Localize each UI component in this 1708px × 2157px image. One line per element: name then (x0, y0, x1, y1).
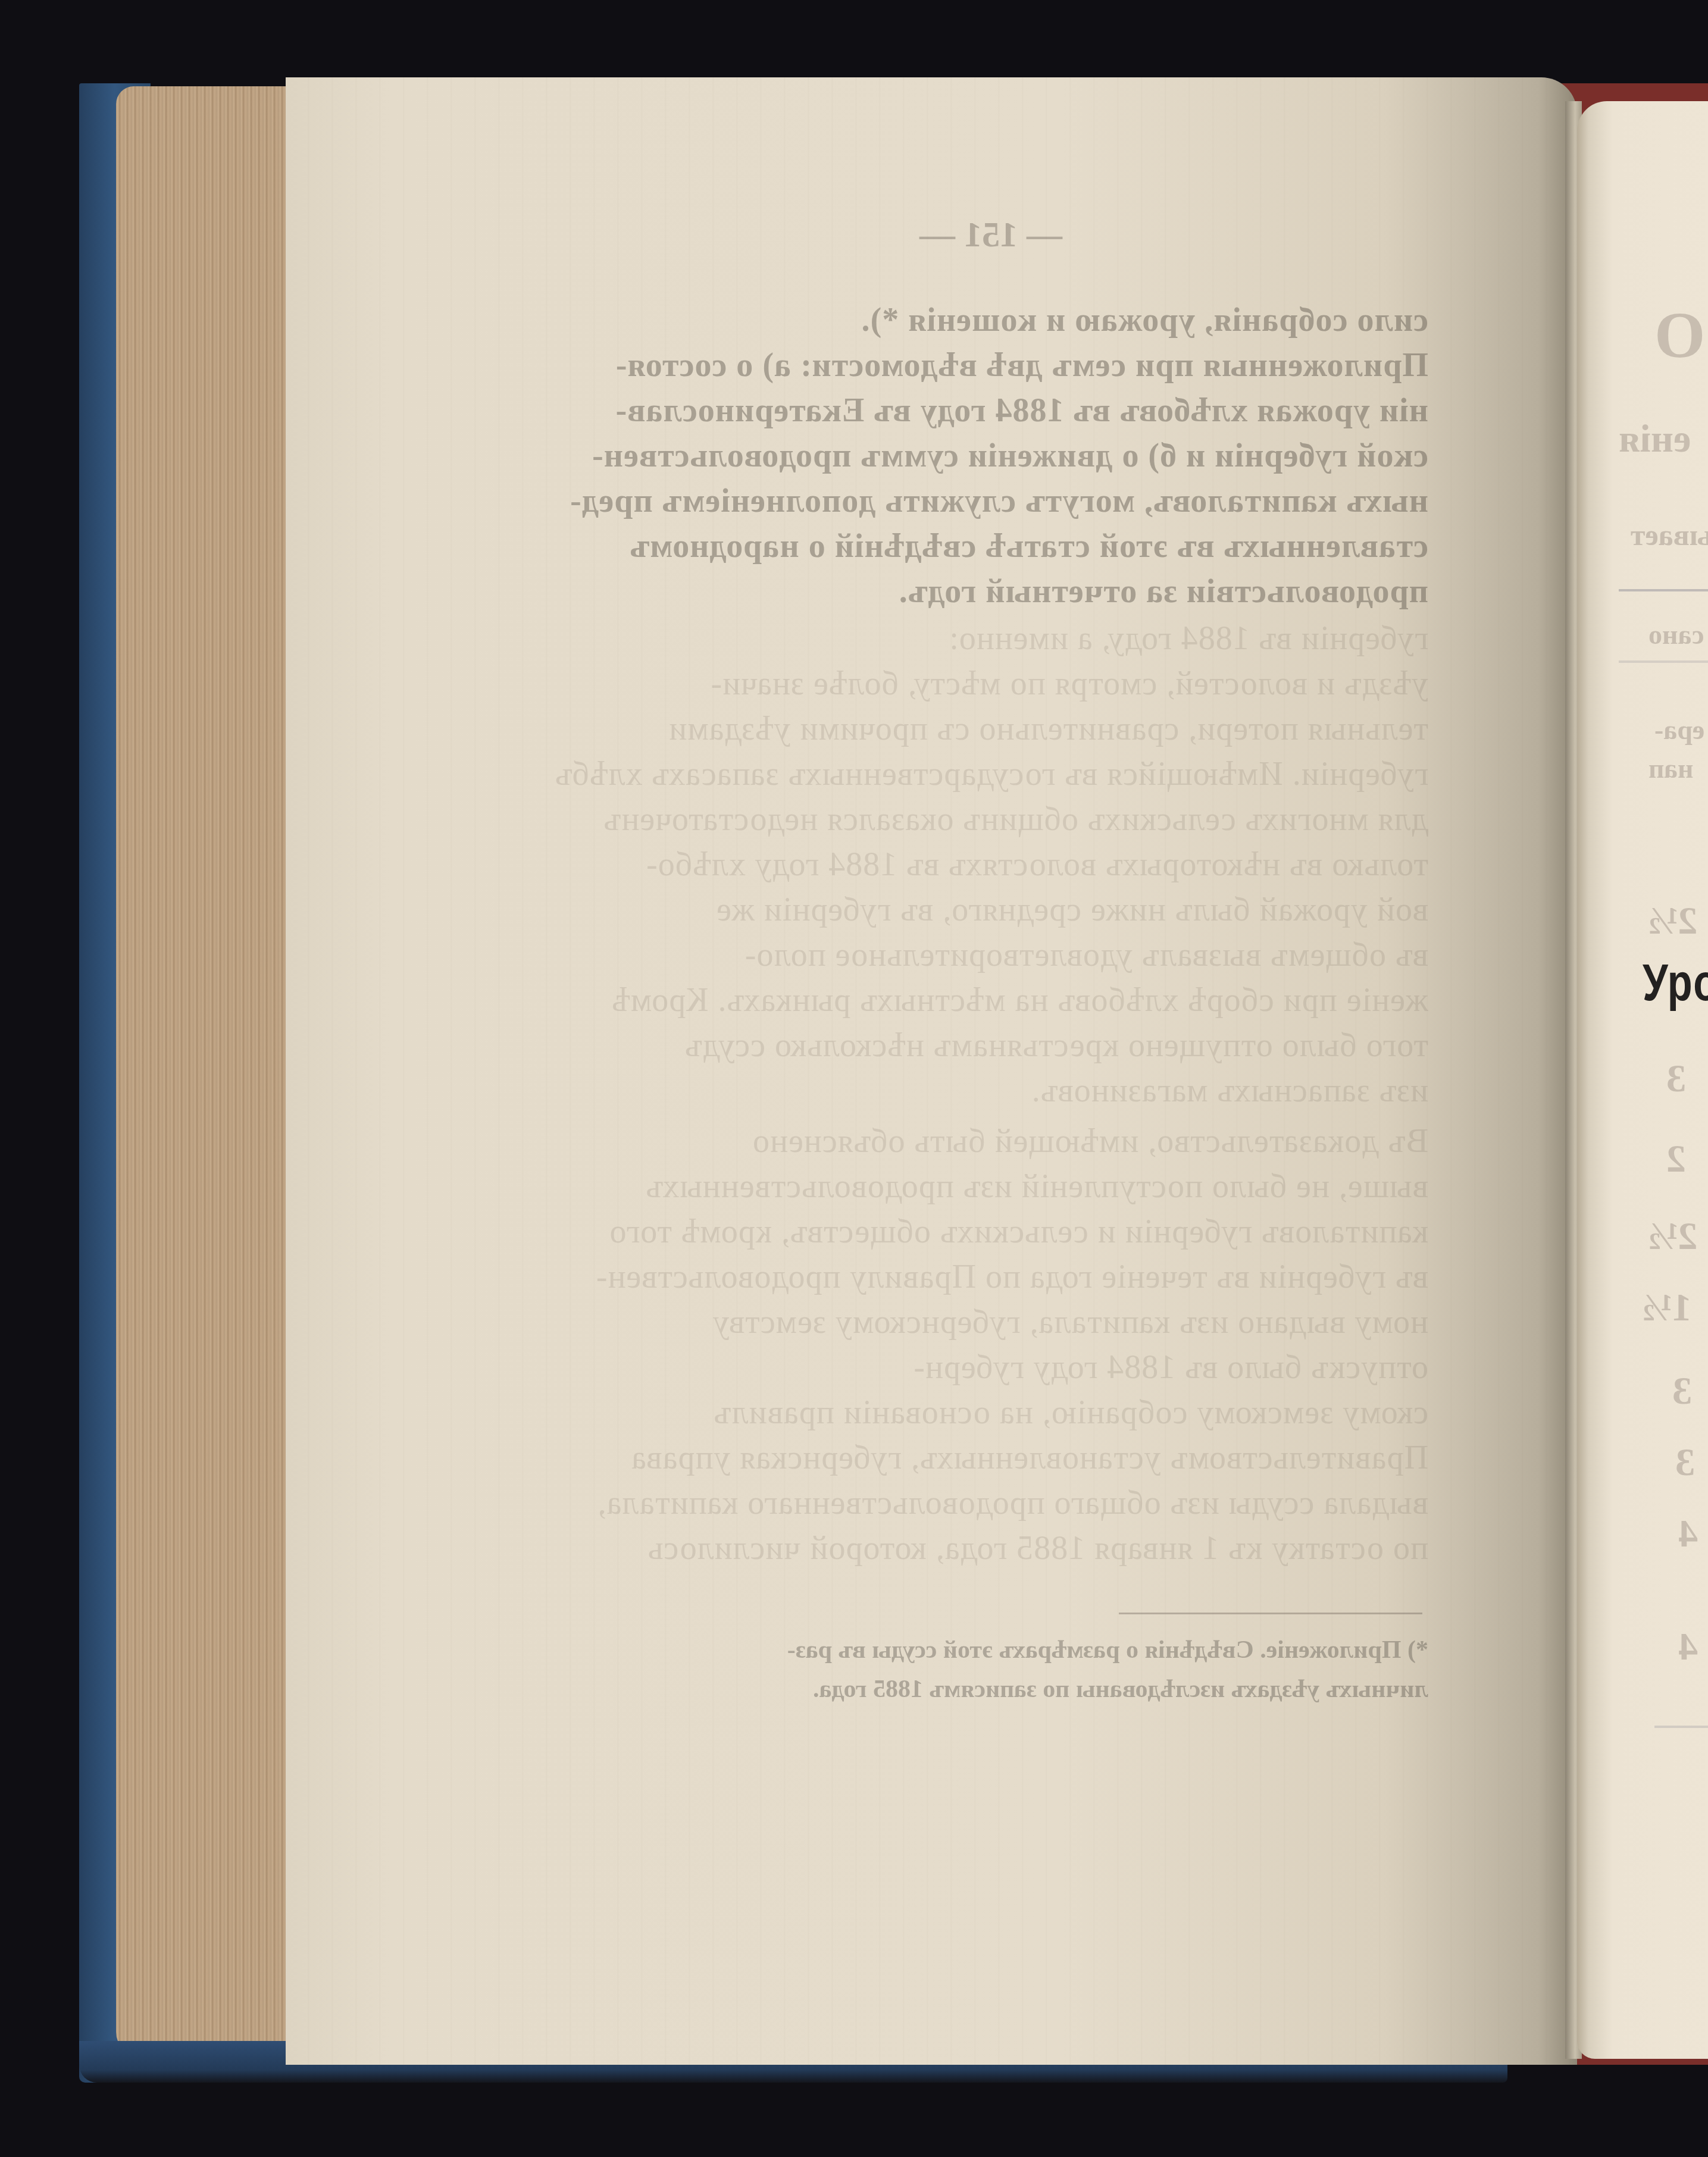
text-line: Приложенныя при семъ двѣ вѣдомости: а) о… (518, 343, 1428, 388)
text-line: въ губерніи въ теченіе года по Правилу п… (518, 1254, 1428, 1300)
right-page-fragment: ера- (1654, 714, 1704, 746)
text-line: ской губерніи и б) о движеніи суммъ прод… (518, 433, 1428, 478)
text-line: для многихъ сельскихъ общинъ оказался не… (518, 797, 1428, 842)
text-line: губерніи въ 1884 году, а именно: (518, 616, 1428, 661)
text-line: того было отпущено крестьянамъ нѣсколько… (518, 1023, 1428, 1068)
text-line: губерніи. Имѣющійся въ государственныхъ … (518, 752, 1428, 797)
table-value: 3 (1672, 1369, 1692, 1414)
right-page-table-rule (1619, 589, 1708, 591)
text-line: вой урожай былъ ниже средняго, въ губерн… (518, 887, 1428, 932)
footnote-divider (1119, 1613, 1422, 1614)
footnote-line: личныхъ уѣздахъ изслѣдованы по записямъ … (518, 1670, 1428, 1709)
bleed-paragraph-1: сило собранія, урожаю и кошенія *). Прил… (518, 298, 1428, 614)
text-line: въ общемъ вызвалъ удовлетворительное пол… (518, 932, 1428, 978)
text-line: Правительствомъ установленныхъ, губернск… (518, 1435, 1428, 1480)
footnote: *) Приложеніе. Свѣдѣнія о размѣрахъ этой… (518, 1630, 1428, 1709)
text-line: уѣздъ и волостей, смотря по мѣсту, болѣе… (518, 661, 1428, 706)
table-value: 2 (1666, 1137, 1686, 1182)
bleed-paragraph-2: губерніи въ 1884 году, а именно: уѣздъ и… (518, 616, 1428, 1113)
right-page-heading: Уро (1643, 952, 1708, 1013)
text-line: изъ запасныхъ магазиновъ. (518, 1068, 1428, 1113)
text-line: ному выдано изъ капитала, губернскому зе… (518, 1300, 1428, 1345)
text-line: тельныя потери, сравнительно съ прочими … (518, 706, 1428, 752)
table-value: 4 (1678, 1511, 1698, 1557)
text-line: сило собранія, урожаю и кошенія *). (518, 298, 1428, 343)
right-page-fragment: 2½ (1648, 899, 1698, 944)
text-line: ныхъ капиталовъ, могутъ служить дополнен… (518, 478, 1428, 524)
text-line: выдала ссуды изъ общаго продовольственна… (518, 1480, 1428, 1526)
text-line: женіе при сборѣ хлѣбовъ на мѣстныхъ рынк… (518, 978, 1428, 1023)
table-value: 4 (1678, 1624, 1698, 1670)
text-line: скому земскому собранію, на основаніи пр… (518, 1390, 1428, 1435)
right-page-fragment: енія (1619, 417, 1691, 462)
table-value: 2½ (1648, 1214, 1698, 1259)
right-page-fragment: О (1654, 298, 1706, 373)
right-page-table-rule (1619, 660, 1708, 663)
right-page-fragment: ывает (1631, 518, 1708, 552)
text-line: по остатку къ 1 января 1885 года, которо… (518, 1526, 1428, 1571)
text-line: Въ доказательство, имѣющей быть объяснен… (518, 1119, 1428, 1164)
bleed-paragraph-3: Въ доказательство, имѣющей быть объяснен… (518, 1119, 1428, 1571)
page-edges-stack (116, 86, 289, 2056)
text-line: отпускъ было въ 1884 году губерн- (518, 1345, 1428, 1390)
text-line: ніи урожая хлѣбовъ въ 1884 году въ Екате… (518, 388, 1428, 433)
page-number: — 151 — (916, 214, 1065, 255)
right-page-fragment: нап (1648, 753, 1693, 784)
table-value: 3 (1675, 1440, 1695, 1485)
text-line: продовольствіи за отчетный годъ. (518, 569, 1428, 614)
text-line: капиталовъ губерніи и сельскихъ обществъ… (518, 1209, 1428, 1254)
text-line: только въ нѣкоторыхъ волостяхъ въ 1884 г… (518, 842, 1428, 887)
table-value: 3 (1666, 1056, 1686, 1101)
table-value: 1½ (1643, 1285, 1692, 1330)
right-page-fragment: сано (1648, 619, 1704, 650)
text-line: выше, не было поступленій изъ продовольс… (518, 1164, 1428, 1209)
text-line: ставленныхъ въ этой статьѣ свѣдѣній о на… (518, 524, 1428, 569)
footnote-line: *) Приложеніе. Свѣдѣнія о размѣрахъ этой… (518, 1630, 1428, 1670)
right-page (1577, 101, 1708, 2059)
right-page-table-rule (1654, 1726, 1708, 1728)
